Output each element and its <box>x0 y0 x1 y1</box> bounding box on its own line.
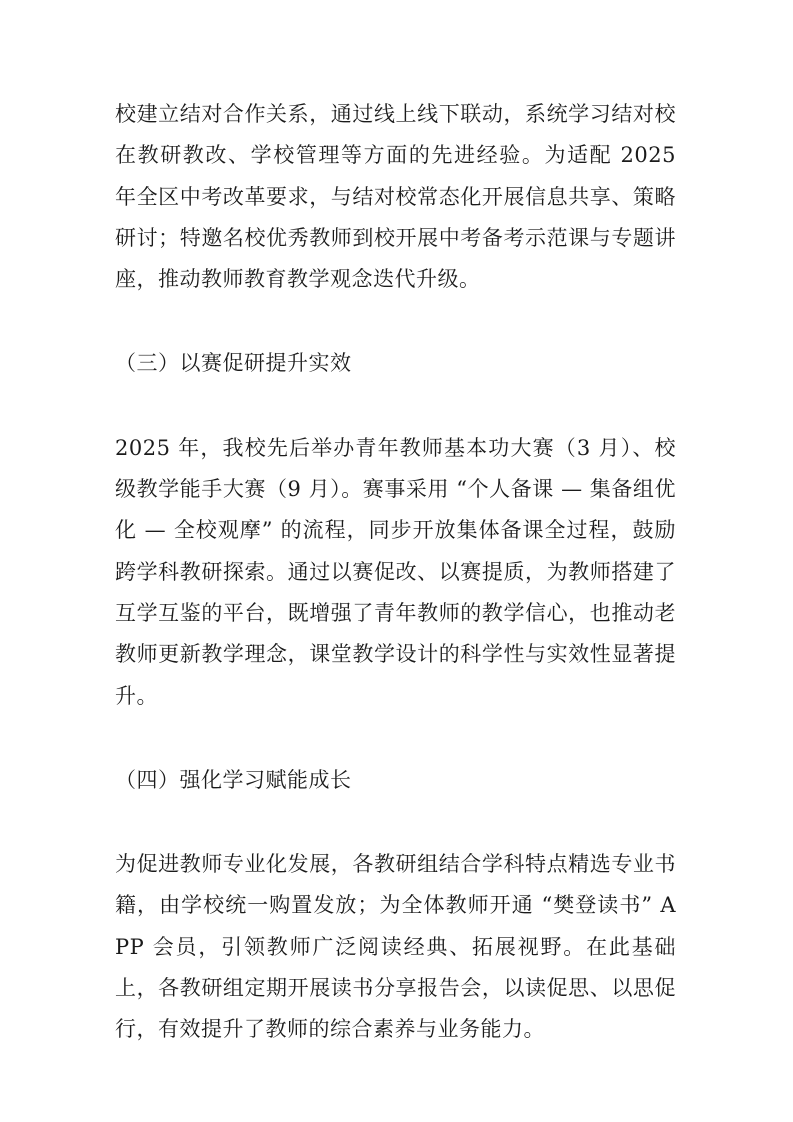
section-heading-three: （三）以赛促研提升实效 <box>115 343 676 384</box>
section-three-body-paragraph: 2025 年，我校先后举办青年教师基本功大赛（3 月）、校级教学能手大赛（9 月… <box>115 428 676 717</box>
section-heading-four: （四）强化学习赋能成长 <box>115 760 676 801</box>
continuation-paragraph: 校建立结对合作关系，通过线上线下联动，系统学习结对校在教研教改、学校管理等方面的… <box>115 94 676 300</box>
document-page: 校建立结对合作关系，通过线上线下联动，系统学习结对校在教研教改、学校管理等方面的… <box>0 0 793 1122</box>
section-four-body-paragraph: 为促进教师专业化发展，各教研组结合学科特点精选专业书籍，由学校统一购置发放；为全… <box>115 844 676 1050</box>
